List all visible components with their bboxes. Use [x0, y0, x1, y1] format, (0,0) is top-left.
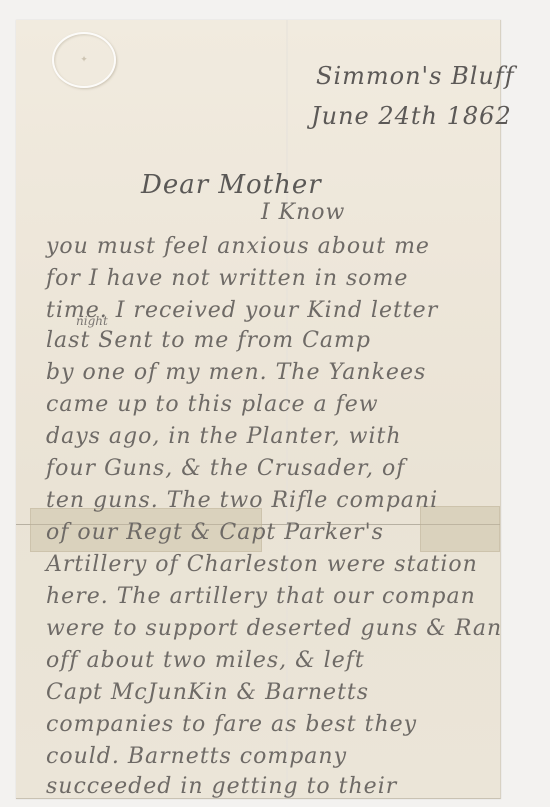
- interlinear-insertion: night: [76, 314, 108, 328]
- body-line: Capt McJunKin & Barnetts: [46, 680, 369, 705]
- body-line: by one of my men. The Yankees: [46, 360, 426, 385]
- body-line: here. The artillery that our compan: [46, 584, 476, 609]
- embossed-seal-icon: ✦: [52, 32, 116, 88]
- letter-date: June 24th 1862: [311, 102, 512, 130]
- body-line: off about two miles, & left: [46, 648, 365, 673]
- body-line: ten guns. The two Rifle compani: [46, 488, 438, 513]
- body-line: Artillery of Charleston were station: [46, 552, 478, 577]
- body-line: of our Regt & Capt Parker's: [46, 520, 384, 545]
- body-line: I Know: [261, 200, 345, 225]
- body-line: last Sent to me from Camp: [46, 328, 371, 353]
- body-line: days ago, in the Planter, with: [46, 424, 402, 449]
- letter-place: Simmon's Bluff: [316, 62, 515, 90]
- body-line: were to support deserted guns & Ran: [46, 616, 502, 641]
- letter-page: ✦ Simmon's Bluff June 24th 1862 Dear Mot…: [16, 20, 501, 799]
- body-line: succeeded in getting to their: [46, 774, 397, 799]
- body-line: for I have not written in some: [46, 266, 408, 291]
- body-line: came up to this place a few: [46, 392, 379, 417]
- body-line: could. Barnetts company: [46, 744, 347, 769]
- letter-salutation: Dear Mother: [141, 170, 322, 200]
- body-line: you must feel anxious about me: [46, 234, 430, 259]
- body-line: companies to fare as best they: [46, 712, 417, 737]
- body-line: four Guns, & the Crusader, of: [46, 456, 405, 481]
